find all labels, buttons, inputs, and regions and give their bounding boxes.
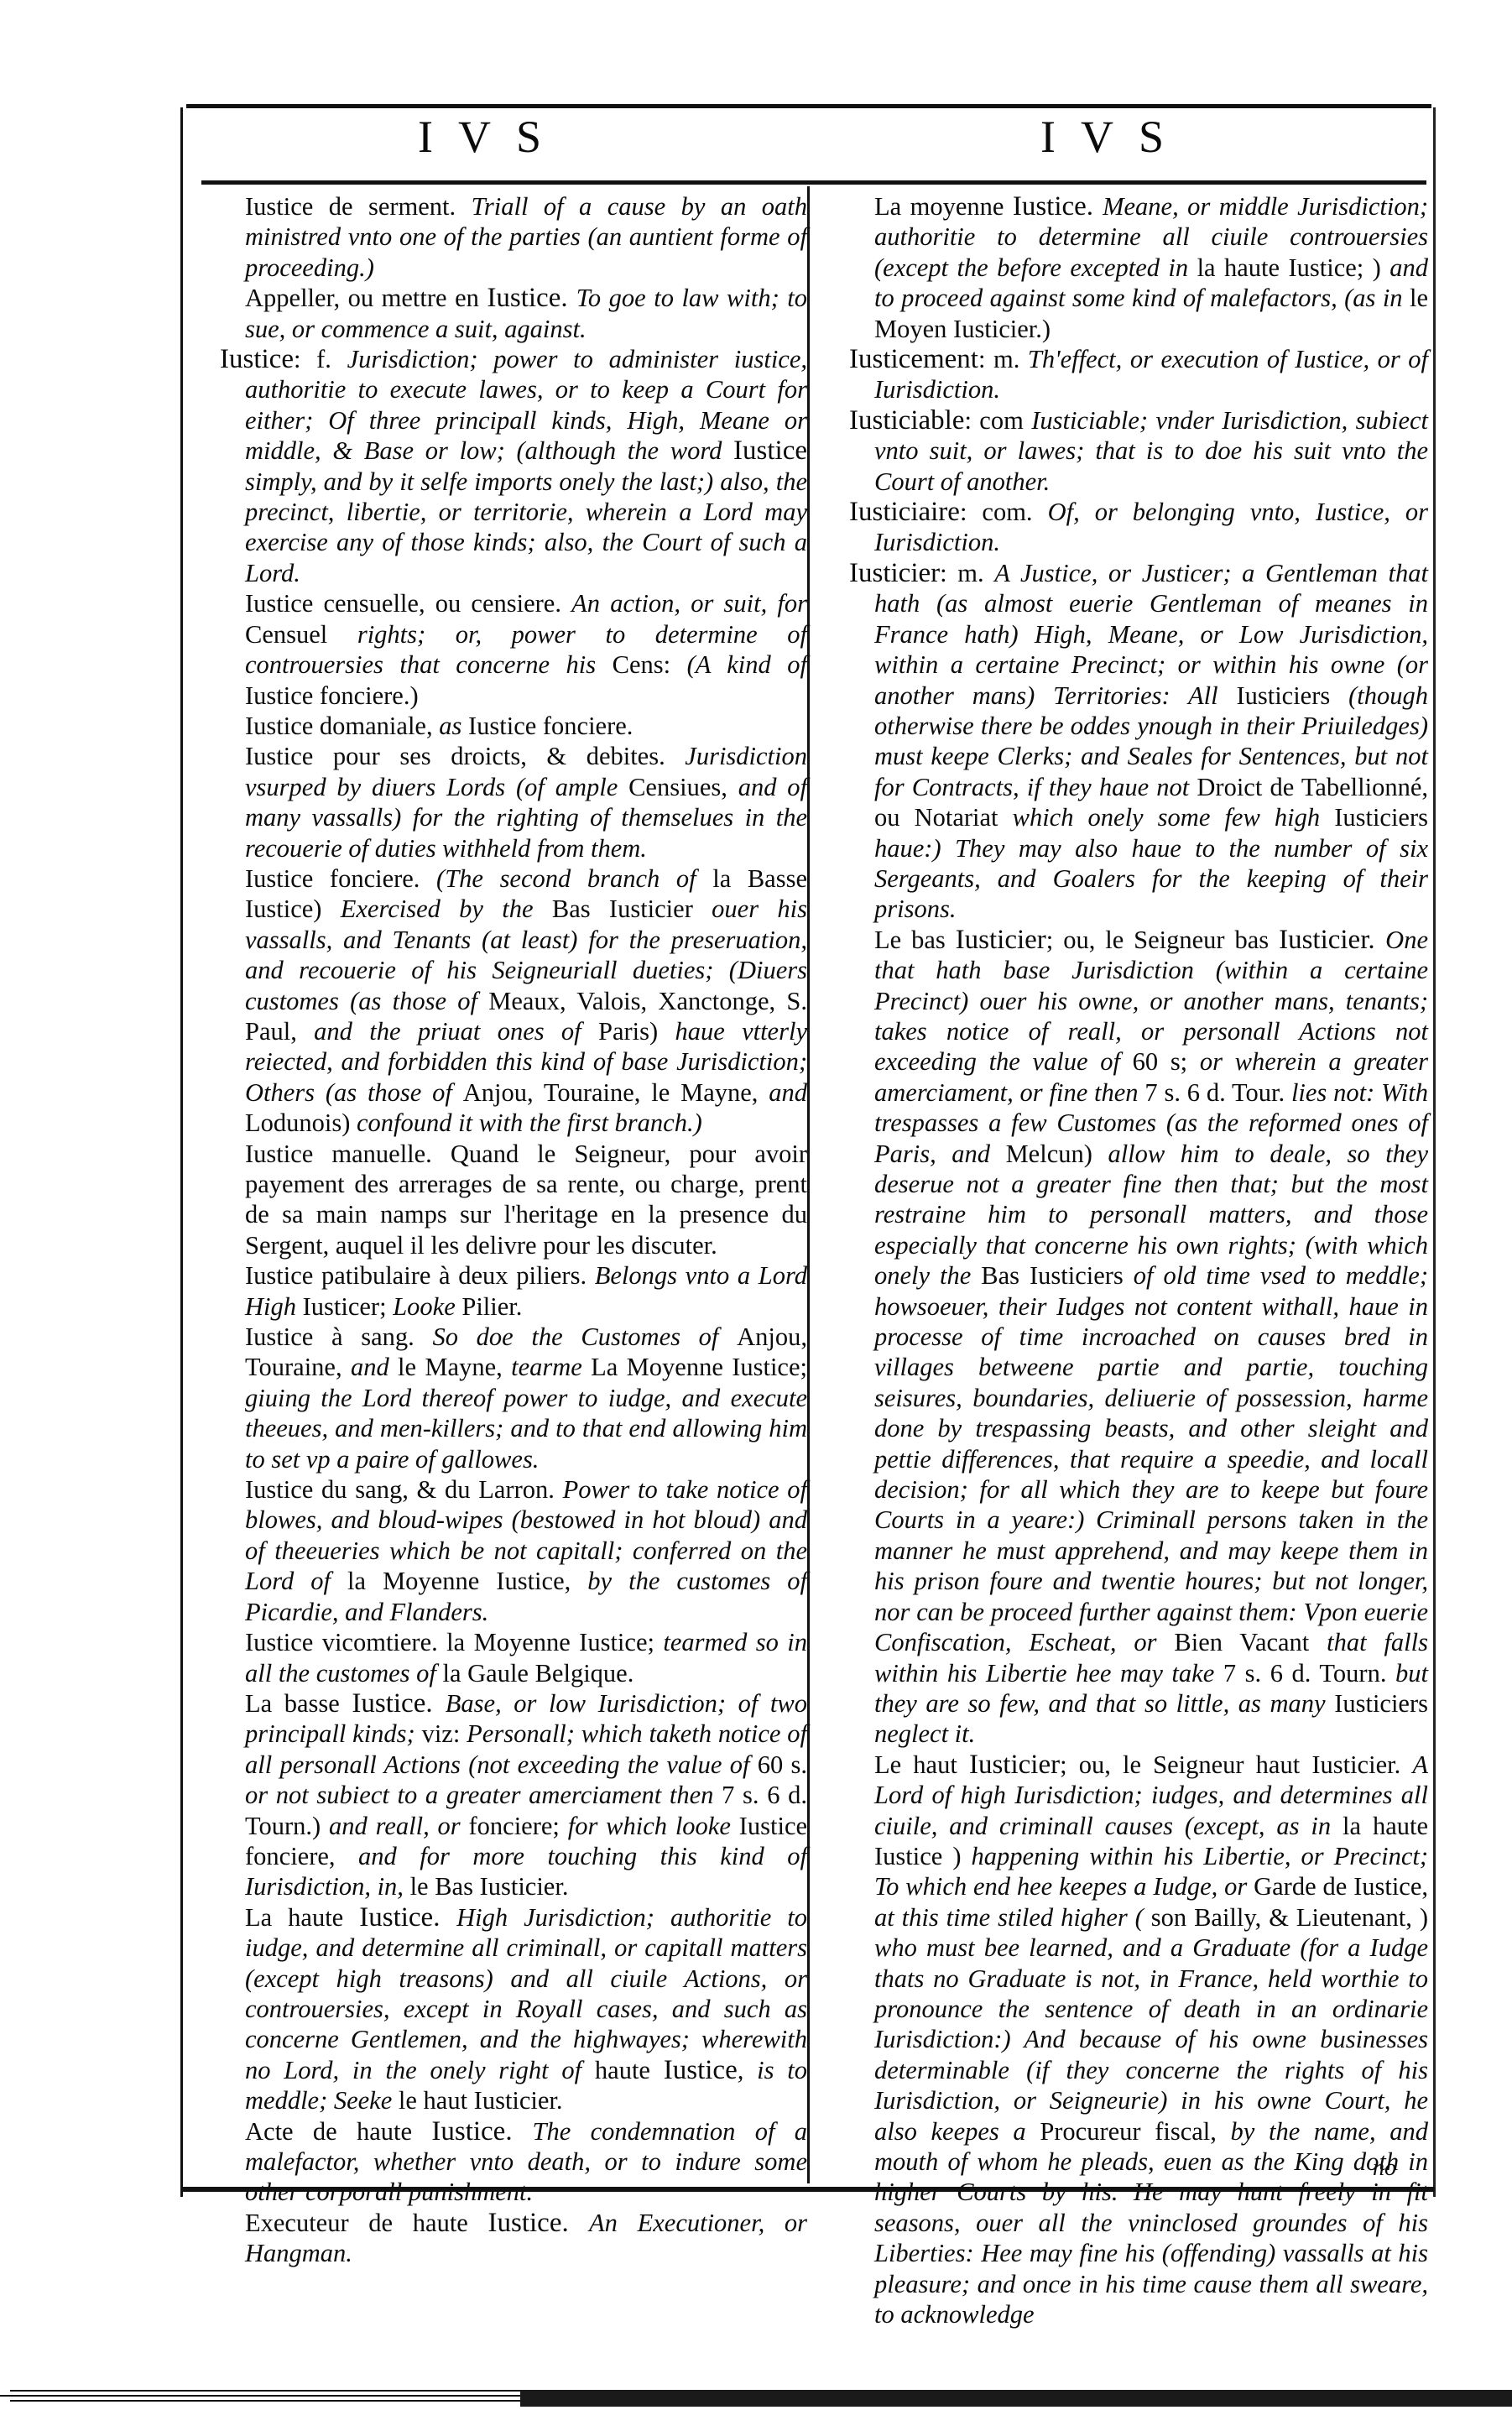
page-frame-top-rule xyxy=(186,104,1431,108)
french-text: Garde de Iustice, xyxy=(1254,1872,1428,1901)
french-text: Le bas xyxy=(874,926,956,954)
french-text: : f. xyxy=(294,345,347,373)
headword: Iustice. xyxy=(488,2208,590,2238)
french-text: Iustice fonciere. xyxy=(468,712,633,740)
french-text: le Mayne, xyxy=(398,1353,511,1381)
english-gloss: (The second branch of xyxy=(436,864,712,893)
dictionary-entry: Iustice domaniale, as Iustice fonciere. xyxy=(220,711,807,741)
english-gloss: Exercised by the xyxy=(341,895,552,923)
english-gloss: Looke xyxy=(393,1292,461,1321)
french-text: Melcun) xyxy=(1006,1140,1108,1168)
french-text: Executeur de haute xyxy=(245,2209,488,2237)
dictionary-entry: Iusticiable: com Iusticiable; vnder Iuri… xyxy=(824,405,1428,497)
headword: Iusticier xyxy=(849,558,940,588)
french-text: Acte de haute xyxy=(245,2117,431,2146)
english-gloss: and the priuat ones of xyxy=(314,1017,598,1046)
dictionary-entry: Iustice du sang, & du Larron. Power to t… xyxy=(220,1474,807,1627)
dictionary-entry: Le bas Iusticier; ou, le Seigneur bas Iu… xyxy=(849,925,1428,1750)
dictionary-entry: La basse Iustice. Base, or low Iurisdict… xyxy=(220,1688,807,1902)
english-gloss: and reall, or xyxy=(329,1812,468,1840)
french-text: : com. xyxy=(960,498,1048,526)
english-gloss: An action, or suit, for xyxy=(571,589,807,618)
english-gloss: for which looke xyxy=(568,1812,739,1840)
french-text: la Moyenne Iustice, xyxy=(347,1567,587,1595)
headword: Iustice. xyxy=(487,283,576,313)
french-text: Iusticer; xyxy=(303,1292,394,1321)
headword: Iustice. xyxy=(1013,191,1103,222)
headword: Iusticiable xyxy=(849,405,964,436)
french-text: Iustice de serment. xyxy=(245,192,472,221)
headword: Iusticement xyxy=(849,344,978,374)
scan-edge-artifact xyxy=(0,2390,1512,2408)
english-gloss: as xyxy=(439,712,468,740)
french-text: son Bailly, & Lieutenant, ) xyxy=(1151,1903,1428,1932)
english-gloss: confound it with the first branch.) xyxy=(357,1108,702,1137)
french-text: Procureur fiscal, xyxy=(1040,2117,1230,2146)
french-text: la Gaule Belgique. xyxy=(443,1659,634,1688)
headword: Iustice. xyxy=(352,1688,445,1719)
french-text: Bien Vacant xyxy=(1174,1628,1327,1656)
french-text: Iustice censuelle, ou censiere. xyxy=(245,589,571,618)
english-gloss: haue:) They may also haue to the number … xyxy=(874,834,1428,924)
french-text: Iusticiers xyxy=(1334,803,1428,832)
headword: Iustice. xyxy=(431,2116,532,2147)
english-gloss: and xyxy=(769,1078,807,1107)
french-text: 60 s; xyxy=(1133,1047,1200,1076)
french-text: Appeller, ou mettre en xyxy=(245,284,487,312)
french-text: Censiues, xyxy=(628,773,738,801)
dictionary-entry: Iusticement: m. Th'effect, or execution … xyxy=(824,344,1428,405)
running-head-right: IVS xyxy=(1040,111,1189,163)
french-text: La moyenne xyxy=(874,192,1013,221)
headword: Iustice. xyxy=(359,1902,456,1933)
right-column: La moyenne Iustice. Meane, or middle Jur… xyxy=(849,191,1428,2329)
dictionary-entry: Executeur de haute Iustice. An Execution… xyxy=(220,2208,807,2269)
french-text: Bas Iusticiers xyxy=(981,1261,1134,1290)
french-text: fonciere; xyxy=(469,1812,568,1840)
english-gloss: neglect it. xyxy=(874,1719,975,1748)
french-text: Anjou, Touraine, le Mayne, xyxy=(463,1078,769,1107)
headword: Iusticier xyxy=(969,1750,1060,1780)
english-gloss: which onely some few high xyxy=(1013,803,1335,832)
french-text: La haute xyxy=(245,1903,359,1932)
dictionary-entry: Iustice à sang. So doe the Customes of A… xyxy=(220,1322,807,1474)
dictionary-entry: Iustice de serment. Triall of a cause by… xyxy=(220,191,807,283)
headword: Iustice xyxy=(220,344,294,374)
french-text: Paris) xyxy=(598,1017,675,1046)
french-text: Iusticiers xyxy=(1236,681,1348,710)
headword: Iusticier. xyxy=(1279,925,1385,955)
page-frame-bottom-rule xyxy=(180,2187,1435,2192)
dictionary-entry: Acte de haute Iustice. The condemnation … xyxy=(220,2116,807,2208)
left-column: Iustice de serment. Triall of a cause by… xyxy=(220,191,807,2269)
dictionary-entry: La moyenne Iustice. Meane, or middle Jur… xyxy=(849,191,1428,344)
english-gloss: (A kind of xyxy=(687,650,807,679)
headword: Iustice xyxy=(664,2055,738,2085)
french-text: ; ou, le Seigneur haut Iusticier. xyxy=(1060,1750,1412,1779)
running-head-left: IVS xyxy=(418,111,566,163)
french-text: le haut Iusticier. xyxy=(399,2086,563,2115)
headword: Iustice xyxy=(733,436,807,466)
french-text: 7 s. 6 d. Tourn. xyxy=(1223,1659,1395,1688)
french-text: Iustice fonciere.) xyxy=(245,681,419,710)
dictionary-entry: Le haut Iusticier; ou, le Seigneur haut … xyxy=(849,1750,1428,2330)
french-text: 60 s. xyxy=(758,1750,807,1779)
french-text: Censuel xyxy=(245,620,357,649)
dictionary-entry: Appeller, ou mettre en Iustice. To goe t… xyxy=(220,283,807,344)
french-text: haute xyxy=(595,2056,664,2084)
english-gloss: by the name, and mouth of whom he pleads… xyxy=(874,2117,1428,2329)
french-text: Iustice manuelle. Quand le Seigneur, pou… xyxy=(245,1140,807,1260)
french-text: Iusticiers xyxy=(1334,1689,1428,1718)
french-text: Iustice vicomtiere. la Moyenne Iustice; xyxy=(245,1628,663,1656)
english-gloss: simply, and by it selfe imports onely th… xyxy=(245,467,807,587)
dictionary-entry: Iusticiaire: com. Of, or belonging vnto,… xyxy=(824,497,1428,558)
english-gloss: tearme xyxy=(511,1353,591,1381)
catchword: no xyxy=(1373,2155,1396,2182)
dictionary-entry: Iustice manuelle. Quand le Seigneur, pou… xyxy=(220,1139,807,1261)
french-text: Le haut xyxy=(874,1750,969,1779)
headword: Iusticiaire xyxy=(849,497,960,527)
french-text: Iustice pour ses droicts, & debites. xyxy=(245,742,685,770)
french-text: Iustice patibulaire à deux piliers. xyxy=(245,1261,595,1290)
page-frame-right-rule xyxy=(1433,107,1436,2197)
header-rule xyxy=(201,180,1426,185)
french-text: Bas Iusticier xyxy=(552,895,712,923)
french-text: viz: xyxy=(422,1719,467,1748)
french-text: Lodunois) xyxy=(245,1108,357,1137)
french-text: ; ou, le Seigneur bas xyxy=(1046,926,1279,954)
french-text: Iustice à sang. xyxy=(245,1322,432,1351)
english-gloss: or not subiect to a greater amerciament … xyxy=(245,1781,722,1809)
french-text: : com xyxy=(964,406,1031,435)
english-gloss: of old time vsed to meddle; howsoeuer, t… xyxy=(874,1261,1428,1656)
english-gloss: So doe the Customes of xyxy=(432,1322,737,1351)
french-text: Iustice domaniale, xyxy=(245,712,439,740)
french-text: La Moyenne Iustice; xyxy=(591,1353,807,1381)
french-text: la haute Iustice; ) xyxy=(1197,253,1390,282)
column-divider xyxy=(807,186,810,2183)
french-text: : m. xyxy=(940,559,994,587)
english-gloss: at this time stiled higher ( xyxy=(874,1903,1151,1932)
page-frame-left-rule xyxy=(180,107,183,2197)
dictionary-entry: Iustice fonciere. (The second branch of … xyxy=(220,863,807,1139)
french-text: Iustice du sang, & du Larron. xyxy=(245,1475,563,1504)
french-text: Iustice fonciere. xyxy=(245,864,436,893)
dictionary-entry: Iustice patibulaire à deux piliers. Belo… xyxy=(220,1260,807,1322)
dictionary-entry: Iustice pour ses droicts, & debites. Jur… xyxy=(220,741,807,863)
dictionary-entry: Iustice censuelle, ou censiere. An actio… xyxy=(220,588,807,711)
dictionary-entry: Iusticier: m. A Justice, or Justicer; a … xyxy=(824,558,1428,925)
dictionary-entry: Iustice: f. Jurisdiction; power to admin… xyxy=(195,344,807,588)
dictionary-entry: Iustice vicomtiere. la Moyenne Iustice; … xyxy=(220,1627,807,1688)
english-gloss: who must bee learned, and a Graduate (fo… xyxy=(874,1933,1428,2145)
french-text: Pilier. xyxy=(461,1292,522,1321)
french-text: La basse xyxy=(245,1689,352,1718)
french-text: Cens: xyxy=(613,650,687,679)
headword: Iusticier xyxy=(956,925,1046,955)
english-gloss: and xyxy=(351,1353,398,1381)
french-text: 7 s. 6 d. Tour. xyxy=(1144,1078,1291,1107)
dictionary-entry: La haute Iustice. High Jurisdiction; aut… xyxy=(220,1902,807,2116)
french-text: : m. xyxy=(978,345,1028,373)
english-gloss: giuing the Lord thereof power to iudge, … xyxy=(245,1384,807,1474)
french-text: le Bas Iusticier. xyxy=(410,1872,569,1901)
